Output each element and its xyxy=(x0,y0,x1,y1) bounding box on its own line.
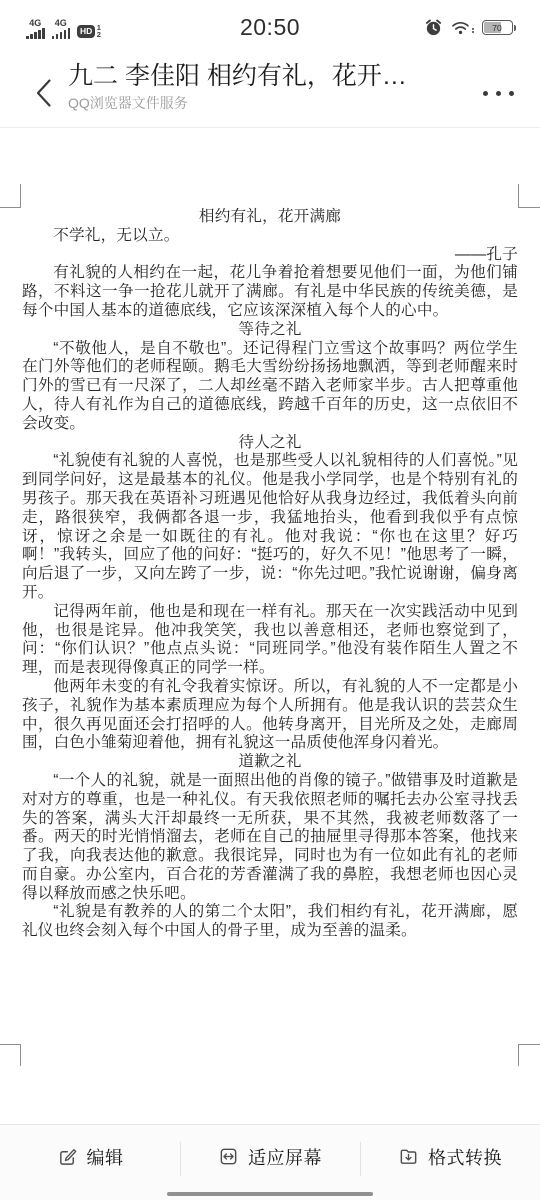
page-corner-mark-top-left xyxy=(0,184,21,208)
status-bar: 4G 4G HD 1 2 20:50 xyxy=(0,0,540,55)
edit-icon xyxy=(57,1146,78,1167)
header-text-block: 九二 李佳阳 相约有礼，花开… QQ浏览器文件服务 xyxy=(68,60,456,112)
edit-button[interactable]: 编辑 xyxy=(0,1125,180,1200)
section-heading: 道歉之礼 xyxy=(22,753,518,772)
wifi-icon xyxy=(451,20,474,35)
alarm-icon xyxy=(424,18,443,37)
document-text: 相约有礼，花开满廊不学礼，无以立。——孔子有礼貌的人相约在一起，花儿争着抢着想要… xyxy=(22,208,518,941)
dot-icon xyxy=(496,91,501,96)
document-paragraph: 记得两年前，他也是和现在一样有礼。那天在一次实践活动中见到他，也很是诧异。他冲我… xyxy=(22,603,518,678)
format-convert-label: 格式转换 xyxy=(428,1144,502,1170)
file-title: 九二 李佳阳 相约有礼，花开… xyxy=(68,60,456,93)
page-corner-mark-bottom-left xyxy=(0,1044,21,1066)
edit-label: 编辑 xyxy=(87,1144,124,1170)
document-viewport[interactable]: 相约有礼，花开满廊不学礼，无以立。——孔子有礼貌的人相约在一起，花儿争着抢着想要… xyxy=(0,128,540,1124)
back-button[interactable] xyxy=(28,75,58,111)
section-heading: 待人之礼 xyxy=(22,434,518,453)
document-paragraph: “一个人的礼貌，就是一面照出他的肖像的镜子。”做错事及时道歉是对对方的尊重，也是… xyxy=(22,772,518,904)
wifi-dual-dots-icon xyxy=(472,28,474,34)
dot-icon xyxy=(509,91,514,96)
page-corner-mark-top-right xyxy=(518,184,540,208)
bottom-toolbar: 编辑 适应屏幕 格式转换 xyxy=(0,1124,540,1200)
fit-screen-label: 适应屏幕 xyxy=(248,1144,322,1170)
page-corner-mark-bottom-right xyxy=(518,1044,540,1066)
app-header: 九二 李佳阳 相约有礼，花开… QQ浏览器文件服务 xyxy=(0,55,540,128)
file-source-subtitle: QQ浏览器文件服务 xyxy=(68,94,456,112)
section-heading: 等待之礼 xyxy=(22,321,518,340)
document-paragraph: “礼貌是有教养的人的第二个太阳”，我们相约有礼，花开满廊，愿礼仪也终会刻入每个中… xyxy=(22,903,518,941)
battery-level: 70 xyxy=(483,21,512,34)
document-paragraph: 有礼貌的人相约在一起，花儿争着抢着想要见他们一面，为他们铺路，不料这一争一抢花儿… xyxy=(22,264,518,320)
format-convert-icon xyxy=(398,1146,419,1167)
fit-screen-icon xyxy=(218,1146,239,1167)
phone-screen: { "status_bar": { "time": "20:50", "sign… xyxy=(0,0,540,1200)
attribution-line: ——孔子 xyxy=(22,246,518,265)
document-title: 相约有礼，花开满廊 xyxy=(22,208,518,227)
more-menu-button[interactable] xyxy=(474,81,514,105)
status-right-group: 70 xyxy=(424,18,516,37)
dot-icon xyxy=(483,91,488,96)
document-paragraph: 他两年未变的有礼令我着实惊讶。所以，有礼貌的人不一定都是小孩子，礼貌作为基本素质… xyxy=(22,678,518,753)
document-paragraph: “礼貌使有礼貌的人喜悦，也是那些受人以礼貌相待的人们喜悦。”见到同学问好，这是最… xyxy=(22,452,518,602)
document-paragraph: “不敬他人，是自不敬也”。还记得程门立雪这个故事吗？两位学生在门外等他们的老师程… xyxy=(22,340,518,434)
chevron-left-icon xyxy=(35,78,52,108)
home-indicator[interactable] xyxy=(167,1192,373,1197)
format-convert-button[interactable]: 格式转换 xyxy=(360,1125,540,1200)
document-paragraph: 不学礼，无以立。 xyxy=(22,227,518,246)
battery-icon: 70 xyxy=(482,20,517,35)
fit-screen-button[interactable]: 适应屏幕 xyxy=(180,1125,360,1200)
